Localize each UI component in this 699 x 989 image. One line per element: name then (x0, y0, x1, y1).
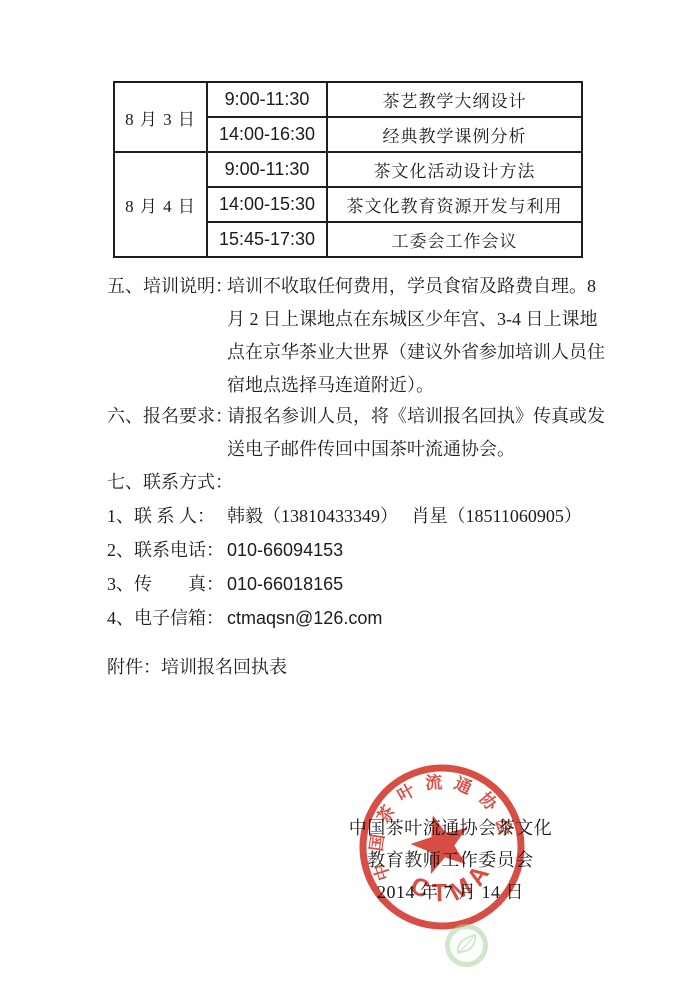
topic-cell: 经典教学课例分析 (327, 117, 582, 152)
text-line: 请报名参训人员，将《培训报名回执》传真或发 (227, 400, 605, 433)
text-line: 送电子邮件传回中国茶叶流通协会。 (227, 433, 605, 466)
section-label: 五、培训说明： (107, 270, 227, 303)
contact-email-row: 4、电子信箱： ctmaqsn@126.com (107, 601, 582, 635)
topic-cell: 工委会工作会议 (327, 222, 582, 257)
time-cell: 14:00-16:30 (207, 117, 327, 152)
contact-value: 010-66094153 (227, 533, 343, 567)
topic-cell: 茶文化活动设计方法 (327, 152, 582, 187)
contact-value: 010-66018165 (227, 567, 343, 601)
star-icon (405, 807, 477, 877)
contact-phone-row: 2、联系电话： 010-66094153 (107, 533, 582, 567)
contact-label: 2、联系电话： (107, 533, 227, 567)
leaf-watermark-icon (442, 921, 491, 970)
attachment-note: 附件：培训报名回执表 (107, 653, 287, 679)
table-row: 8 月 3 日 9:00-11:30 茶艺教学大纲设计 (114, 82, 582, 117)
document-page: 8 月 3 日 9:00-11:30 茶艺教学大纲设计 14:00-16:30 … (0, 0, 699, 989)
contact-value: 韩毅（13810433349） 肖星（18511060905） (227, 499, 582, 533)
time-cell: 9:00-11:30 (207, 152, 327, 187)
contact-label: 3、传 真： (107, 567, 227, 601)
contact-label: 4、电子信箱： (107, 601, 227, 635)
section-training-notes: 五、培训说明： 培训不收取任何费用，学员食宿及路费自理。8 月 2 日上课地点在… (107, 270, 605, 402)
contact-person-row: 1、联 系 人： 韩毅（13810433349） 肖星（18511060905） (107, 499, 582, 533)
contact-label: 1、联 系 人： (107, 499, 227, 533)
time-cell: 9:00-11:30 (207, 82, 327, 117)
time-cell: 15:45-17:30 (207, 222, 327, 257)
time-cell: 14:00-15:30 (207, 187, 327, 222)
section-label: 六、报名要求： (107, 400, 227, 433)
date-cell: 8 月 4 日 (114, 152, 207, 257)
text-line: 点在京华茶业大世界（建议外省参加培训人员住 (227, 336, 605, 369)
contact-list: 1、联 系 人： 韩毅（13810433349） 肖星（18511060905）… (107, 499, 582, 635)
text-line: 宿地点选择马连道附近）。 (227, 369, 605, 402)
section-content: 培训不收取任何费用，学员食宿及路费自理。8 月 2 日上课地点在东城区少年宫、3… (227, 270, 605, 402)
section-registration: 六、报名要求： 请报名参训人员，将《培训报名回执》传真或发 送电子邮件传回中国茶… (107, 400, 605, 466)
text-line: 月 2 日上课地点在东城区少年宫、3-4 日上课地 (227, 303, 605, 336)
contact-value: ctmaqsn@126.com (227, 601, 382, 635)
text-line: 培训不收取任何费用，学员食宿及路费自理。8 (227, 270, 605, 303)
section-label: 七、联系方式： (107, 466, 233, 499)
training-schedule-table: 8 月 3 日 9:00-11:30 茶艺教学大纲设计 14:00-16:30 … (113, 81, 583, 258)
contact-fax-row: 3、传 真： 010-66018165 (107, 567, 582, 601)
table-row: 8 月 4 日 9:00-11:30 茶文化活动设计方法 (114, 152, 582, 187)
section-contact-heading: 七、联系方式： (107, 466, 233, 499)
topic-cell: 茶艺教学大纲设计 (327, 82, 582, 117)
date-cell: 8 月 3 日 (114, 82, 207, 152)
topic-cell: 茶文化教育资源开发与利用 (327, 187, 582, 222)
section-content: 请报名参训人员，将《培训报名回执》传真或发 送电子邮件传回中国茶叶流通协会。 (227, 400, 605, 466)
